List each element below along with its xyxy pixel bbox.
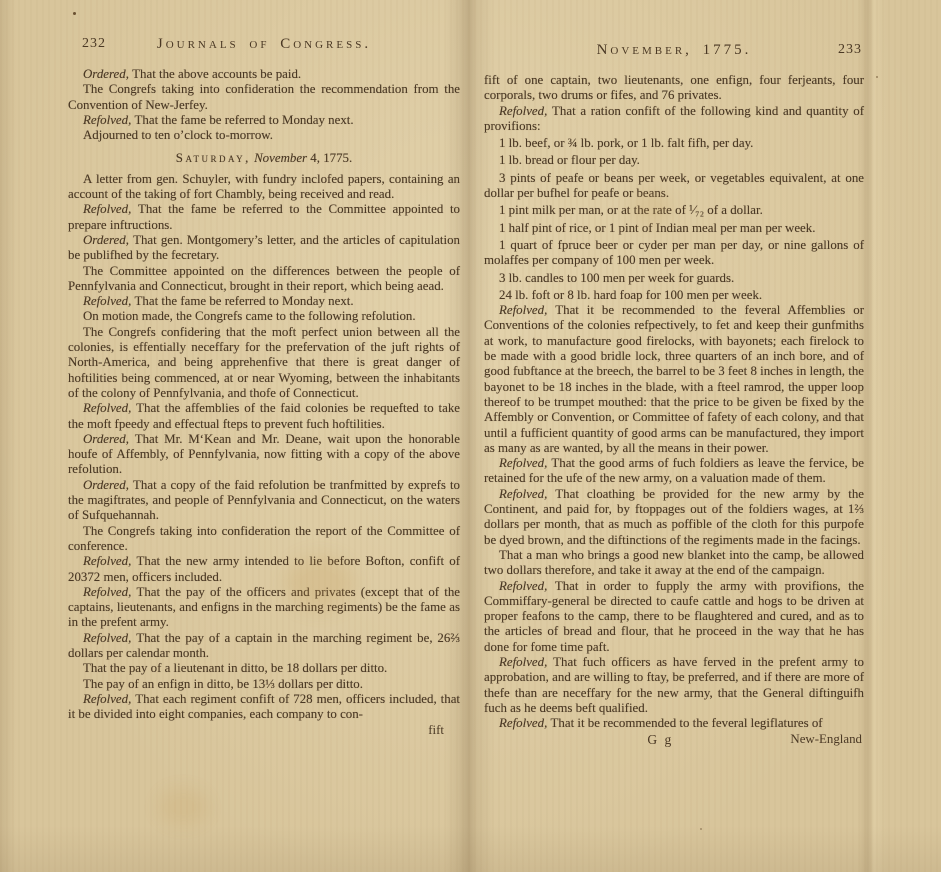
paragraph: Adjourned to ten o’clock to-morrow. bbox=[68, 128, 460, 143]
book-scan: 232 Journals of Congress. Ordered, That … bbox=[0, 0, 941, 872]
paragraph: Refolved, That cloathing be provided for… bbox=[484, 487, 864, 548]
paragraph: 1 lb. bread or flour per day. bbox=[484, 153, 864, 168]
paragraph: That a man who brings a good new blanket… bbox=[484, 548, 864, 579]
left-catchword: fift bbox=[68, 723, 460, 738]
right-page-footer: G g New-England bbox=[484, 732, 864, 749]
paragraph: Refolved, That it be recommended to the … bbox=[484, 716, 864, 731]
paragraph: Refolved, That a ration confift of the f… bbox=[484, 104, 864, 135]
left-page-header: 232 Journals of Congress. bbox=[68, 36, 460, 58]
paper-speck bbox=[73, 12, 76, 15]
paragraph: The Congrefs taking into confideration t… bbox=[68, 524, 460, 555]
paragraph: The pay of an enfign in ditto, be 13⅓ do… bbox=[68, 677, 460, 692]
paragraph: Refolved, That it be recommended to the … bbox=[484, 303, 864, 456]
left-running-title: Journals of Congress. bbox=[68, 36, 460, 53]
paragraph: On motion made, the Congrefs came to the… bbox=[68, 309, 460, 324]
paragraph: Refolved, That the fame be referred to M… bbox=[68, 113, 460, 128]
paragraph: 3 pints of peafe or beans per week, or v… bbox=[484, 171, 864, 202]
right-running-title: November, 1775. bbox=[484, 42, 864, 59]
paragraph: 1 quart of fpruce beer or cyder per man … bbox=[484, 238, 864, 269]
paper-stain bbox=[170, 800, 196, 814]
paragraph: Ordered, That a copy of the faid refolut… bbox=[68, 478, 460, 524]
paper-speck bbox=[876, 76, 878, 78]
paragraph: fift of one captain, two lieutenants, on… bbox=[484, 73, 864, 104]
left-page: 232 Journals of Congress. Ordered, That … bbox=[68, 36, 460, 738]
paragraph: Refolved, That each regiment confift of … bbox=[68, 692, 460, 723]
paragraph: Refolved, That in order to fupply the ar… bbox=[484, 579, 864, 655]
right-page-number: 233 bbox=[838, 42, 862, 58]
right-page: November, 1775. 233 fift of one captain,… bbox=[484, 42, 864, 749]
paragraph: Refolved, That the affemblies of the fai… bbox=[68, 401, 460, 432]
paragraph: The Congrefs taking into confideration t… bbox=[68, 82, 460, 113]
right-page-text: fift of one captain, two lieutenants, on… bbox=[484, 73, 864, 731]
paragraph: The Committee appointed on the differenc… bbox=[68, 264, 460, 295]
paragraph: Refolved, That the new army intended to … bbox=[68, 554, 460, 585]
date-heading: Saturday, November 4, 1775. bbox=[68, 151, 460, 166]
paragraph: That the pay of a lieutenant in ditto, b… bbox=[68, 661, 460, 676]
right-page-header: November, 1775. 233 bbox=[484, 42, 864, 64]
paragraph: 3 lb. candles to 100 men per week for gu… bbox=[484, 271, 864, 286]
paragraph: 1 pint milk per man, or at the rate of ¹… bbox=[484, 203, 864, 218]
paragraph: 1 lb. beef, or ¾ lb. pork, or 1 lb. falt… bbox=[484, 136, 864, 151]
paper-speck bbox=[700, 828, 702, 830]
printer-signature: G g bbox=[647, 732, 673, 748]
paragraph: 1 half pint of rice, or 1 pint of Indian… bbox=[484, 221, 864, 236]
paragraph: Ordered, That gen. Montgomery’s letter, … bbox=[68, 233, 460, 264]
paragraph: Refolved, That fuch officers as have fer… bbox=[484, 655, 864, 716]
left-page-number: 232 bbox=[82, 36, 106, 52]
paragraph: Refolved, That the good arms of fuch fol… bbox=[484, 456, 864, 487]
right-catchword: New-England bbox=[790, 732, 862, 747]
paragraph: Refolved, That the fame be referred to M… bbox=[68, 294, 460, 309]
paragraph: The Congrefs confidering that the moft p… bbox=[68, 325, 460, 401]
left-page-text: Ordered, That the above accounts be paid… bbox=[68, 67, 460, 722]
paragraph: 24 lb. foft or 8 lb. hard foap for 100 m… bbox=[484, 288, 864, 303]
paragraph: Ordered, That Mr. M‘Kean and Mr. Deane, … bbox=[68, 432, 460, 478]
paragraph: A letter from gen. Schuyler, with fundry… bbox=[68, 172, 460, 203]
paragraph: Ordered, That the above accounts be paid… bbox=[68, 67, 460, 82]
paragraph: Refolved, That the fame be referred to t… bbox=[68, 202, 460, 233]
paragraph: Refolved, That the pay of the officers a… bbox=[68, 585, 460, 631]
paragraph: Refolved, That the pay of a captain in t… bbox=[68, 631, 460, 662]
